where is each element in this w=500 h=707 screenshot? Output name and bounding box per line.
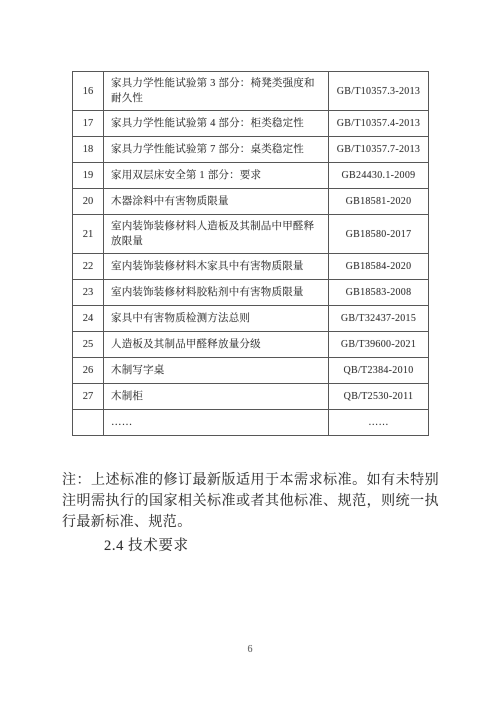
standard-code-cell: QB/T2384-2010 <box>329 358 429 384</box>
standard-code-cell: GB24430.1-2009 <box>329 163 429 189</box>
table-row: …… …… <box>73 410 429 436</box>
table-row: 26 木制写字桌 QB/T2384-2010 <box>73 358 429 384</box>
row-number-cell: 20 <box>73 189 104 215</box>
table-row: 27 木制柜 QB/T2530-2011 <box>73 384 429 410</box>
table-row: 21 室内装饰装修材料人造板及其制品中甲醛释放限量 GB18580-2017 <box>73 215 429 254</box>
table-row: 22 室内装饰装修材料木家具中有害物质限量 GB18584-2020 <box>73 254 429 280</box>
standard-name-cell: 木制写字桌 <box>104 358 329 384</box>
row-number-cell: 24 <box>73 306 104 332</box>
table-row: 17 家具力学性能试验第 4 部分：柜类稳定性 GB/T10357.4-2013 <box>73 111 429 137</box>
standard-code-cell: GB/T39600-2021 <box>329 332 429 358</box>
section-heading: 2.4 技术要求 <box>62 536 439 557</box>
table-row: 25 人造板及其制品甲醛释放量分级 GB/T39600-2021 <box>73 332 429 358</box>
table-row: 24 家具中有害物质检测方法总则 GB/T32437-2015 <box>73 306 429 332</box>
table-row: 23 室内装饰装修材料胶粘剂中有害物质限量 GB18583-2008 <box>73 280 429 306</box>
standard-name-cell: 木器涂料中有害物质限量 <box>104 189 329 215</box>
standard-name-cell: 室内装饰装修材料木家具中有害物质限量 <box>104 254 329 280</box>
standard-name-cell: 木制柜 <box>104 384 329 410</box>
row-number-cell: 25 <box>73 332 104 358</box>
standard-code-cell: GB/T32437-2015 <box>329 306 429 332</box>
page-number: 6 <box>0 644 500 655</box>
note-paragraph: 注：上述标准的修订最新版适用于本需求标准。如有未特别注明需执行的国家相关标准或者… <box>62 470 439 533</box>
row-number-cell <box>73 410 104 436</box>
document-page: 16 家具力学性能试验第 3 部分：椅凳类强度和耐久性 GB/T10357.3-… <box>0 0 500 707</box>
standard-name-cell: 家具力学性能试验第 3 部分：椅凳类强度和耐久性 <box>104 72 329 111</box>
standard-name-cell: 人造板及其制品甲醛释放量分级 <box>104 332 329 358</box>
table-row: 19 家用双层床安全第 1 部分：要求 GB24430.1-2009 <box>73 163 429 189</box>
standards-table: 16 家具力学性能试验第 3 部分：椅凳类强度和耐久性 GB/T10357.3-… <box>72 71 429 436</box>
table-row: 20 木器涂料中有害物质限量 GB18581-2020 <box>73 189 429 215</box>
below-table-block: 注：上述标准的修订最新版适用于本需求标准。如有未特别注明需执行的国家相关标准或者… <box>62 470 439 557</box>
standard-code-cell: GB18581-2020 <box>329 189 429 215</box>
standard-code-cell: GB18583-2008 <box>329 280 429 306</box>
standards-table-body: 16 家具力学性能试验第 3 部分：椅凳类强度和耐久性 GB/T10357.3-… <box>73 72 429 436</box>
standard-name-cell: 家具中有害物质检测方法总则 <box>104 306 329 332</box>
row-number-cell: 18 <box>73 137 104 163</box>
row-number-cell: 19 <box>73 163 104 189</box>
standard-code-cell: GB/T10357.7-2013 <box>329 137 429 163</box>
row-number-cell: 22 <box>73 254 104 280</box>
standard-name-cell: …… <box>104 410 329 436</box>
standard-code-cell: GB18580-2017 <box>329 215 429 254</box>
table-row: 18 家具力学性能试验第 7 部分：桌类稳定性 GB/T10357.7-2013 <box>73 137 429 163</box>
standard-code-cell: …… <box>329 410 429 436</box>
standard-code-cell: GB/T10357.4-2013 <box>329 111 429 137</box>
row-number-cell: 23 <box>73 280 104 306</box>
standard-name-cell: 家用双层床安全第 1 部分：要求 <box>104 163 329 189</box>
row-number-cell: 21 <box>73 215 104 254</box>
standard-code-cell: GB18584-2020 <box>329 254 429 280</box>
row-number-cell: 16 <box>73 72 104 111</box>
standard-name-cell: 家具力学性能试验第 4 部分：柜类稳定性 <box>104 111 329 137</box>
standard-code-cell: QB/T2530-2011 <box>329 384 429 410</box>
row-number-cell: 27 <box>73 384 104 410</box>
standard-name-cell: 室内装饰装修材料胶粘剂中有害物质限量 <box>104 280 329 306</box>
row-number-cell: 26 <box>73 358 104 384</box>
table-row: 16 家具力学性能试验第 3 部分：椅凳类强度和耐久性 GB/T10357.3-… <box>73 72 429 111</box>
row-number-cell: 17 <box>73 111 104 137</box>
standard-name-cell: 室内装饰装修材料人造板及其制品中甲醛释放限量 <box>104 215 329 254</box>
standard-name-cell: 家具力学性能试验第 7 部分：桌类稳定性 <box>104 137 329 163</box>
standard-code-cell: GB/T10357.3-2013 <box>329 72 429 111</box>
